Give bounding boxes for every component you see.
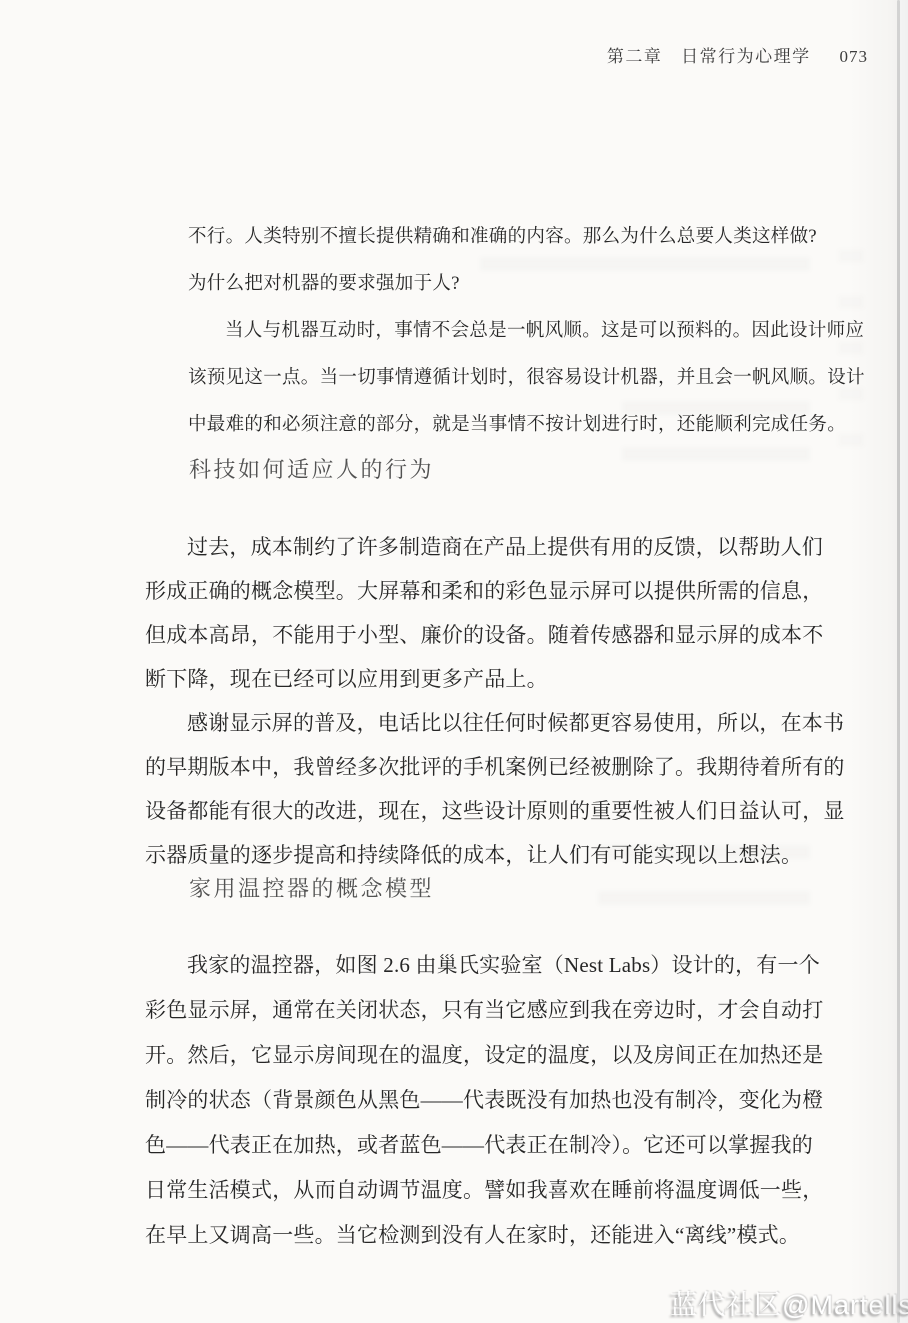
watermark: 蓝代社区@Martells (670, 1283, 908, 1322)
paragraph: 当人与机器互动时，事情不会总是一帆风顺。这是可以预料的。因此设计师应 该预见这一… (188, 308, 888, 449)
section-technology-adapts: 过去，成本制约了许多制造商在产品上提供有用的反馈，以帮助人们 形成正确的概念模型… (145, 525, 865, 877)
opening-paragraphs: 不行。人类特别不擅长提供精确和准确的内容。那么为什么总要人类这样做? 为什么把对… (188, 214, 888, 449)
page-edge-strip (900, 0, 908, 1323)
chapter-number: 第二章 (607, 47, 663, 66)
paragraph: 感谢显示屏的普及，电话比以往任何时候都更容易使用，所以，在本书 的早期版本中，我… (145, 701, 865, 877)
section-heading-technology-adapts: 科技如何适应人的行为 (189, 453, 434, 484)
page-edge-shadow-line (897, 0, 900, 1323)
section-heading-thermostat-model: 家用温控器的概念模型 (189, 872, 434, 903)
section-thermostat-model: 我家的温控器，如图 2.6 由巢氏实验室（Nest Labs）设计的，有一个 彩… (145, 943, 865, 1258)
chapter-title: 日常行为心理学 (681, 47, 811, 66)
running-header: 第二章日常行为心理学073 (607, 42, 868, 67)
paragraph-continuation: 不行。人类特别不擅长提供精确和准确的内容。那么为什么总要人类这样做? 为什么把对… (188, 214, 888, 308)
page-number: 073 (840, 47, 869, 66)
paragraph: 过去，成本制约了许多制造商在产品上提供有用的反馈，以帮助人们 形成正确的概念模型… (145, 525, 865, 701)
book-page: 第二章日常行为心理学073 不行。人类特别不擅长提供精确和准确的内容。那么为什么… (0, 0, 908, 1323)
paragraph: 我家的温控器，如图 2.6 由巢氏实验室（Nest Labs）设计的，有一个 彩… (145, 943, 865, 1258)
